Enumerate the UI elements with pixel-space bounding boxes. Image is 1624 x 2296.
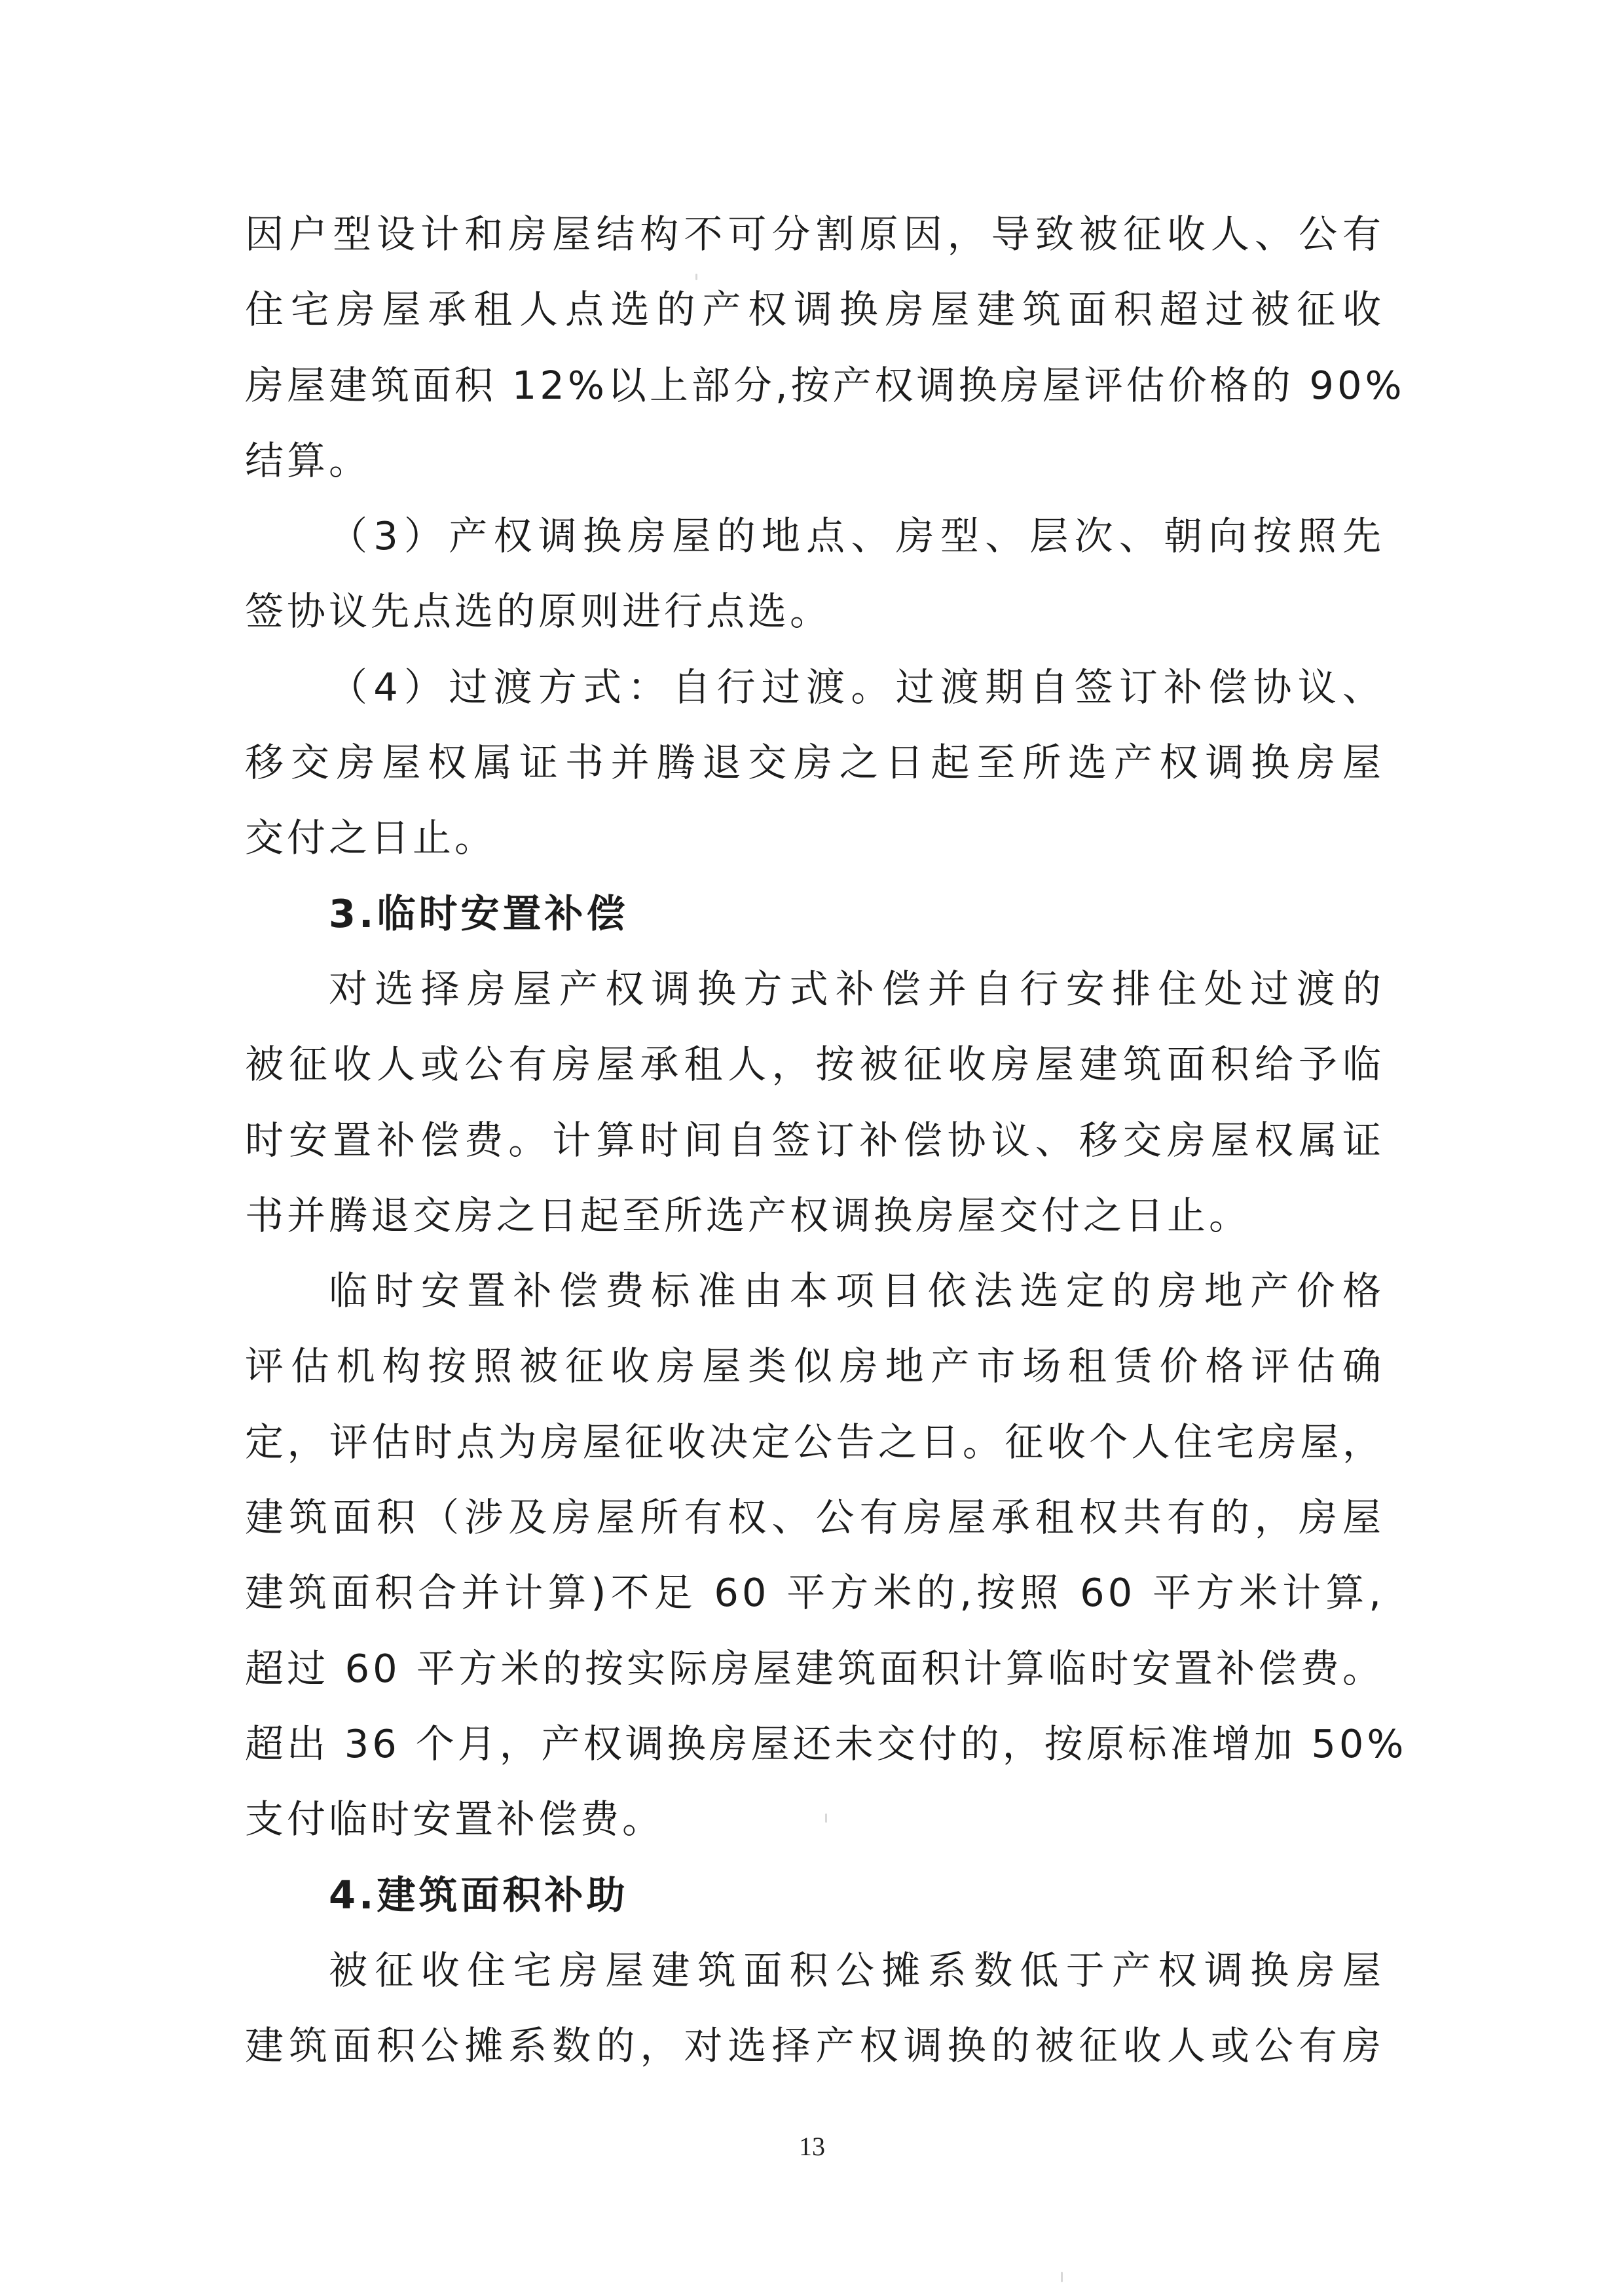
paragraph-temporary-resettlement-scope: 对选择房屋产权调换方式补偿并自行安排住处过渡的 被征收人或公有房屋承租人，按被征… bbox=[245, 963, 1384, 1265]
text-line: （3）产权调换房屋的地点、房型、层次、朝向按照先 bbox=[245, 510, 1384, 585]
page-number: 13 bbox=[0, 2131, 1624, 2162]
text-line: 超出 36 个月，产权调换房屋还未交付的，按原标准增加 50% bbox=[245, 1718, 1384, 1793]
text-line: 对选择房屋产权调换方式补偿并自行安排住处过渡的 bbox=[245, 963, 1384, 1038]
text-line: 房屋建筑面积 12%以上部分,按产权调换房屋评估价格的 90% bbox=[245, 359, 1384, 435]
text-line: 临时安置补偿费标准由本项目依法选定的房地产价格 bbox=[245, 1265, 1384, 1340]
text-line: 超过 60 平方米的按实际房屋建筑面积计算临时安置补偿费。 bbox=[245, 1643, 1384, 1718]
scan-speck bbox=[695, 274, 697, 280]
text-line: 结算。 bbox=[245, 435, 1384, 510]
text-line: 建筑面积（涉及房屋所有权、公有房屋承租权共有的，房屋 bbox=[245, 1491, 1384, 1567]
document-page: 因户型设计和房屋结构不可分割原因，导致被征收人、公有 住宅房屋承租人点选的产权调… bbox=[0, 0, 1624, 2296]
text-line: 建筑面积合并计算)不足 60 平方米的,按照 60 平方米计算, bbox=[245, 1567, 1384, 1642]
text-line: 时安置补偿费。计算时间自签订补偿协议、移交房屋权属证 bbox=[245, 1114, 1384, 1190]
scan-speck bbox=[825, 1813, 827, 1823]
text-line: 交付之日止。 bbox=[245, 812, 1384, 887]
text-line: 被征收住宅房屋建筑面积公摊系数低于产权调换房屋 bbox=[245, 1944, 1384, 2020]
text-line: 签协议先点选的原则进行点选。 bbox=[245, 585, 1384, 661]
text-line: 书并腾退交房之日起至所选产权调换房屋交付之日止。 bbox=[245, 1190, 1384, 1265]
text-line: （4）过渡方式：自行过渡。过渡期自签订补偿协议、 bbox=[245, 661, 1384, 737]
section-heading-floor-area-subsidy: 4.建筑面积补助 bbox=[245, 1869, 1384, 1944]
section-heading-temporary-resettlement: 3.临时安置补偿 bbox=[245, 888, 1384, 963]
document-body: 因户型设计和房屋结构不可分割原因，导致被征收人、公有 住宅房屋承租人点选的产权调… bbox=[245, 208, 1384, 2095]
paragraph-item-3-selection-principle: （3）产权调换房屋的地点、房型、层次、朝向按照先 签协议先点选的原则进行点选。 bbox=[245, 510, 1384, 661]
text-line: 住宅房屋承租人点选的产权调换房屋建筑面积超过被征收 bbox=[245, 283, 1384, 359]
scan-speck bbox=[1061, 2272, 1063, 2282]
paragraph-item-4-transition-method: （4）过渡方式：自行过渡。过渡期自签订补偿协议、 移交房屋权属证书并腾退交房之日… bbox=[245, 661, 1384, 888]
text-line: 因户型设计和房屋结构不可分割原因，导致被征收人、公有 bbox=[245, 208, 1384, 283]
text-line: 被征收人或公有房屋承租人，按被征收房屋建筑面积给予临 bbox=[245, 1038, 1384, 1114]
text-line: 评估机构按照被征收房屋类似房地产市场租赁价格评估确 bbox=[245, 1340, 1384, 1415]
paragraph-temporary-resettlement-standard: 临时安置补偿费标准由本项目依法选定的房地产价格 评估机构按照被征收房屋类似房地产… bbox=[245, 1265, 1384, 1868]
paragraph-product-exchange-area-overage: 因户型设计和房屋结构不可分割原因，导致被征收人、公有 住宅房屋承租人点选的产权调… bbox=[245, 208, 1384, 510]
text-line: 定，评估时点为房屋征收决定公告之日。征收个人住宅房屋， bbox=[245, 1416, 1384, 1491]
text-line: 建筑面积公摊系数的，对选择产权调换的被征收人或公有房 bbox=[245, 2020, 1384, 2095]
text-line: 移交房屋权属证书并腾退交房之日起至所选产权调换房屋 bbox=[245, 737, 1384, 812]
paragraph-floor-area-subsidy: 被征收住宅房屋建筑面积公摊系数低于产权调换房屋 建筑面积公摊系数的，对选择产权调… bbox=[245, 1944, 1384, 2096]
text-line: 支付临时安置补偿费。 bbox=[245, 1793, 1384, 1868]
